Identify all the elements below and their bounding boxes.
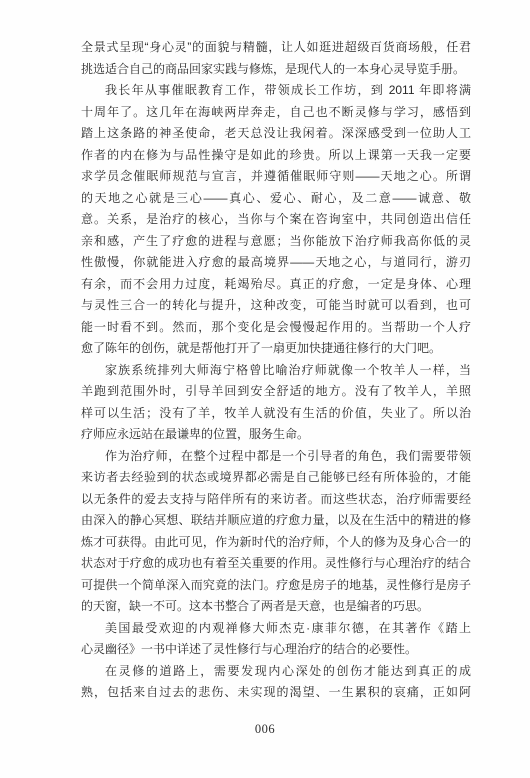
text-line: 心灵幽径》一书中详述了灵性修行与心理治疗的结合的必要性。 — [81, 639, 471, 661]
text-line: 求学员念催眠师规范与宣言，并遵循催眠师守则——天地之心。所谓 — [81, 166, 471, 188]
text-line: 踏上这条路的神圣使命，老天总没让我闲着。深深感受到一位助人工 — [81, 123, 471, 145]
page-number: 006 — [0, 722, 530, 737]
text-line: 意。关系，是治疗的核心，当你与个案在咨询室中，共同创造出信任 — [81, 209, 471, 231]
text-line: 状态对于疗愈的成功也有着至关重要的作用。灵性修行与心理治疗的结合 — [81, 553, 471, 575]
paragraph: 在灵修的道路上，需要发现内心深处的创伤才能达到真正的成熟，包括来自过去的悲伤、未… — [81, 661, 471, 704]
text-line: 的天地之心就是三心——真心、爱心、耐心，及二意——诚意、敬 — [81, 188, 471, 210]
text-line: 样可以生活；没有了羊，牧羊人就没有生活的价值，失业了。所以治 — [81, 403, 471, 425]
text-line: 熟，包括来自过去的悲伤、未实现的渴望、一生累积的哀痛，正如阿 — [81, 682, 471, 704]
book-page: 全景式呈现“身心灵”的面貌与精髓，让人如逛进超级百货商场般，任君挑选适合自己的商… — [0, 0, 530, 778]
text-line: 的天窗，缺一不可。这本书整合了两者是天意，也是编者的巧思。 — [81, 596, 471, 618]
paragraph: 家族系统排列大师海宁格曾比喻治疗师就像一个牧羊人一样，当羊跑到范围外时，引导羊回… — [81, 360, 471, 446]
text-line: 炼才可获得。由此可见，作为新时代的治疗师，个人的修为及身心合一的 — [81, 532, 471, 554]
text-line: 作者的内在修为与品性操守是如此的珍贵。所以上课第一天我一定要 — [81, 145, 471, 167]
text-line: 我长年从事催眠教育工作，带领成长工作坊，到 2011 年即将满 — [81, 80, 471, 102]
text-line: 羊跑到范围外时，引导羊回到安全舒适的地方。没有了牧羊人，羊照 — [81, 381, 471, 403]
text-line: 由深入的静心冥想、联结并顺应道的疗愈力量，以及在生活中的精进的修 — [81, 510, 471, 532]
text-line: 作为治疗师，在整个过程中都是一个引导者的角色，我们需要带领 — [81, 446, 471, 468]
text-line: 全景式呈现“身心灵”的面貌与精髓，让人如逛进超级百货商场般，任君 — [81, 37, 471, 59]
text-line: 以无条件的爱去支持与陪伴所有的来访者。而这些状态，治疗师需要经 — [81, 489, 471, 511]
paragraph: 美国最受欢迎的内观禅修大师杰克·康菲尔德，在其著作《踏上心灵幽径》一书中详述了灵… — [81, 618, 471, 661]
text-line: 十周年了。这几年在海峡两岸奔走，自己也不断灵修与学习，感悟到 — [81, 102, 471, 124]
paragraph: 作为治疗师，在整个过程中都是一个引导者的角色，我们需要带领来访者去经验到的状态或… — [81, 446, 471, 618]
text-line: 美国最受欢迎的内观禅修大师杰克·康菲尔德，在其著作《踏上 — [81, 618, 471, 640]
text-line: 疗师应永远站在最谦卑的位置，服务生命。 — [81, 424, 471, 446]
text-line: 性傲慢，你就能进入疗愈的最高境界——天地之心，与道同行，游刃 — [81, 252, 471, 274]
text-line: 亲和感，产生了疗愈的进程与意愿；当你能放下治疗师我高你低的灵 — [81, 231, 471, 253]
text-line: 有余，而不会用力过度，耗竭殆尽。真正的疗愈，一定是身体、心理 — [81, 274, 471, 296]
paragraph: 我长年从事催眠教育工作，带领成长工作坊，到 2011 年即将满十周年了。这几年在… — [81, 80, 471, 360]
text-line: 能一时看不到。然而，那个变化是会慢慢起作用的。当帮助一个人疗 — [81, 317, 471, 339]
text-line: 愈了陈年的创伤，就是帮他打开了一扇更加快捷通往修行的大门吧。 — [81, 338, 471, 360]
text-line: 挑选适合自己的商品回家实践与修炼，是现代人的一本身心灵导览手册。 — [81, 59, 471, 81]
text-line: 可提供一个简单深入而究竟的法门。疗愈是房子的地基，灵性修行是房子 — [81, 575, 471, 597]
text-line: 与灵性三合一的转化与提升，这种改变，可能当时就可以看到，也可 — [81, 295, 471, 317]
page-text: 全景式呈现“身心灵”的面貌与精髓，让人如逛进超级百货商场般，任君挑选适合自己的商… — [81, 37, 471, 704]
text-line: 在灵修的道路上，需要发现内心深处的创伤才能达到真正的成 — [81, 661, 471, 683]
paragraph: 全景式呈现“身心灵”的面貌与精髓，让人如逛进超级百货商场般，任君挑选适合自己的商… — [81, 37, 471, 80]
text-line: 家族系统排列大师海宁格曾比喻治疗师就像一个牧羊人一样，当 — [81, 360, 471, 382]
text-line: 来访者去经验到的状态或境界都必需是自己能够已经有所体验的，才能 — [81, 467, 471, 489]
